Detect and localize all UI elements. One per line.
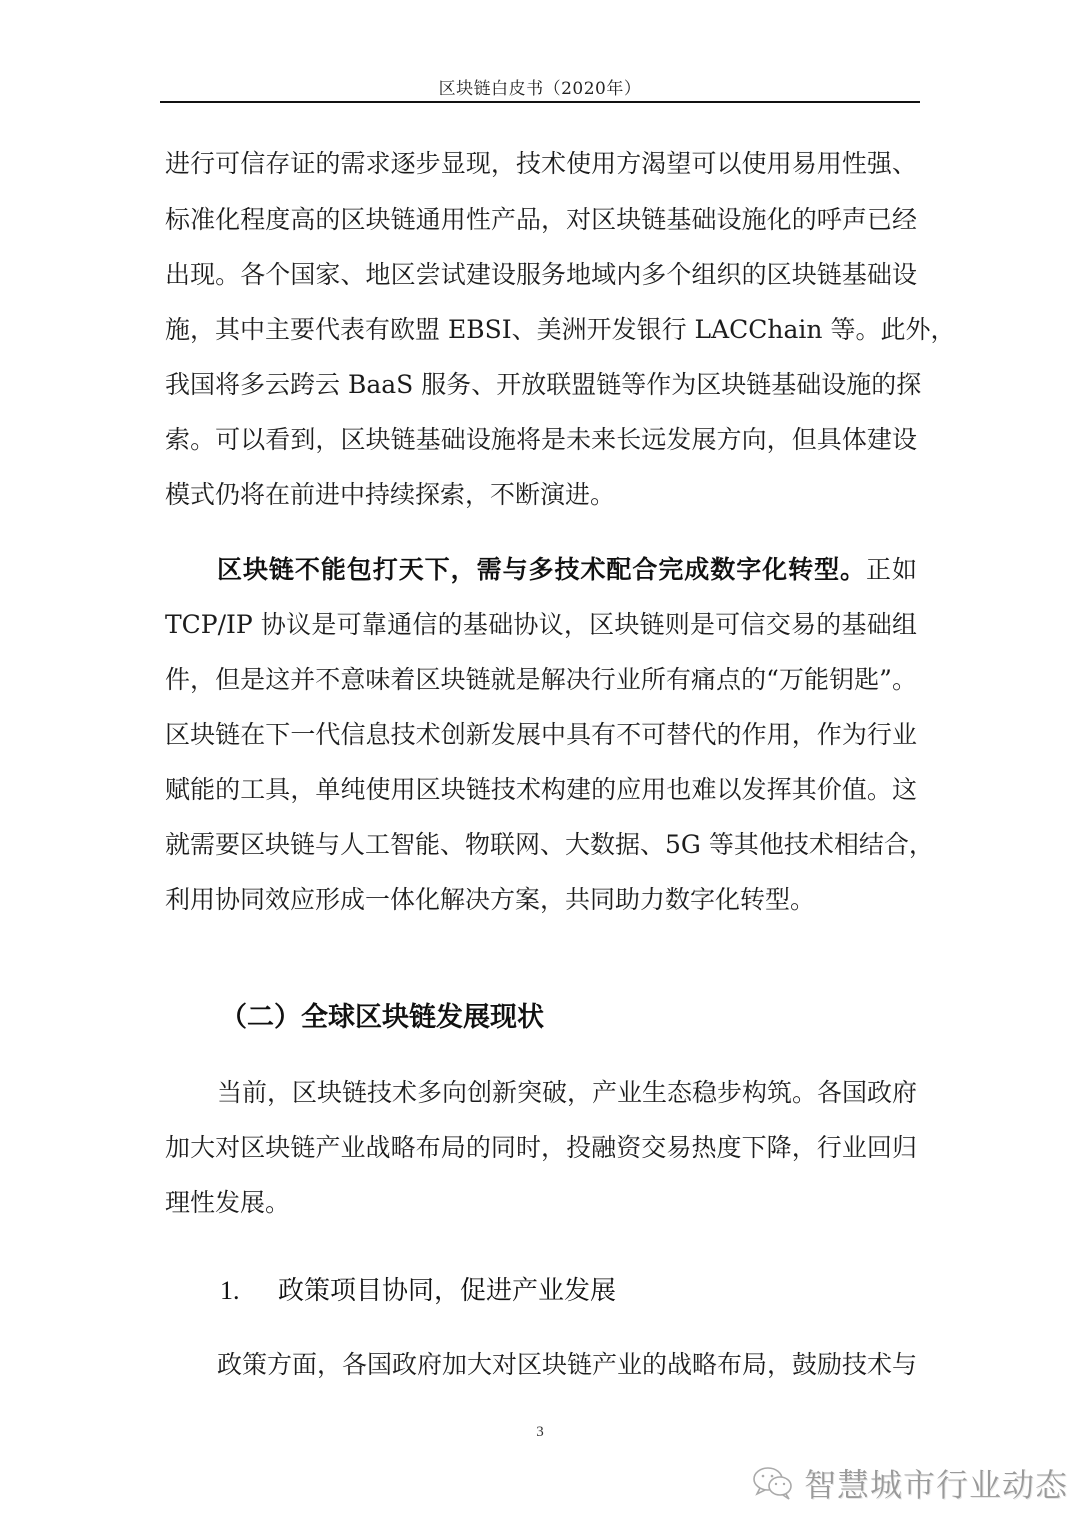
paragraph-line: 我国将多云跨云 BaaS 服务、开放联盟链等作为区块链基础设施的探 xyxy=(165,370,917,400)
paragraph-line: 加大对区块链产业战略布局的同时，投融资交易热度下降，行业回归 xyxy=(165,1133,917,1163)
paragraph-line: 标准化程度高的区块链通用性产品，对区块链基础设施化的呼声已经 xyxy=(165,205,917,235)
paragraph-line: TCP/IP 协议是可靠通信的基础协议，区块链则是可信交易的基础组 xyxy=(165,610,917,640)
paragraph-line: 出现。各个国家、地区尝试建设服务地域内多个组织的区块链基础设 xyxy=(165,260,917,290)
watermark-text: 智慧城市行业动态 xyxy=(804,1460,1068,1506)
paragraph-line: 模式仍将在前进中持续探索，不断演进。 xyxy=(165,480,917,510)
paragraph-line: 当前，区块链技术多向创新突破，产业生态稳步构筑。各国政府 xyxy=(165,1078,917,1108)
paragraph-line: 就需要区块链与人工智能、物联网、大数据、5G 等其他技术相结合， xyxy=(165,830,917,860)
subsection-number: 1. xyxy=(220,1276,278,1306)
paragraph-line: 政策方面，各国政府加大对区块链产业的战略布局，鼓励技术与 xyxy=(165,1350,917,1380)
subsection-heading: 1.政策项目协同，促进产业发展 xyxy=(220,1270,616,1307)
page-number: 3 xyxy=(0,1424,1080,1441)
paragraph-line: 索。可以看到，区块链基础设施将是未来长远发展方向，但具体建设 xyxy=(165,425,917,455)
paragraph-line: 件，但是这并不意味着区块链就是解决行业所有痛点的“万能钥匙”。 xyxy=(165,665,917,695)
paragraph-line: 进行可信存证的需求逐步显现，技术使用方渴望可以使用易用性强、 xyxy=(165,149,917,179)
header-divider xyxy=(160,101,920,103)
page-header-title: 区块链白皮书（2020年） xyxy=(0,74,1080,99)
paragraph-line: 理性发展。 xyxy=(165,1188,917,1218)
paragraph-line: 利用协同效应形成一体化解决方案，共同助力数字化转型。 xyxy=(165,885,917,915)
lead-rest: 正如 xyxy=(866,555,917,584)
paragraph-lead-line: 区块链不能包打天下，需与多技术配合完成数字化转型。正如 xyxy=(165,555,917,585)
subsection-title: 政策项目协同，促进产业发展 xyxy=(278,1276,616,1306)
bold-lead-sentence: 区块链不能包打天下，需与多技术配合完成数字化转型。 xyxy=(217,555,866,584)
paragraph-line: 区块链在下一代信息技术创新发展中具有不可替代的作用，作为行业 xyxy=(165,720,917,750)
watermark: 智慧城市行业动态 xyxy=(752,1460,1068,1506)
paragraph-line: 施，其中主要代表有欧盟 EBSI、美洲开发银行 LACChain 等。此外， xyxy=(165,315,917,345)
wechat-icon xyxy=(752,1465,796,1501)
paragraph-line: 赋能的工具，单纯使用区块链技术构建的应用也难以发挥其价值。这 xyxy=(165,775,917,805)
section-heading: （二）全球区块链发展现状 xyxy=(220,995,544,1034)
